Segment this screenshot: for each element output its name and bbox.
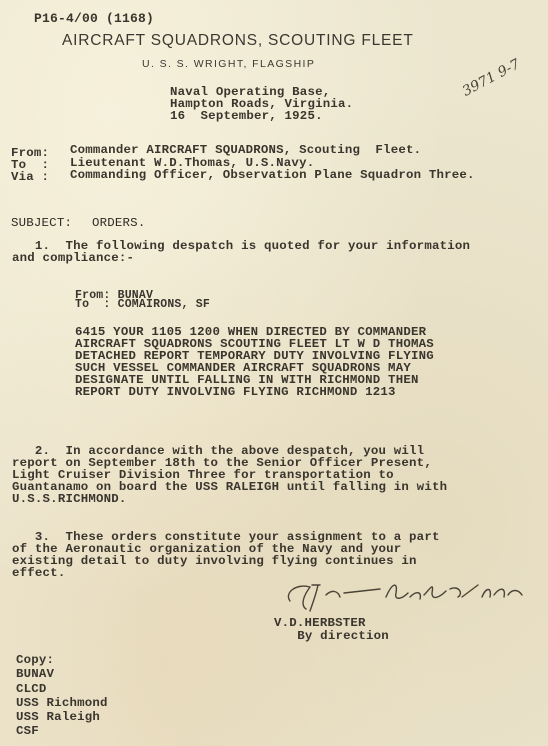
from-value: Commander AIRCRAFT SQUADRONS, Scouting F… xyxy=(70,144,421,156)
subject-value: ORDERS. xyxy=(92,217,145,229)
signatory-name: V.D.HERBSTER xyxy=(274,617,366,629)
paragraph-1-line-2: and compliance:- xyxy=(12,252,134,264)
svg-text:V.D.Herbster: V.D.Herbster xyxy=(282,575,290,576)
copy-label: Copy: xyxy=(16,654,54,666)
copy-recipient: USS Raleigh xyxy=(16,711,100,723)
by-direction: By direction xyxy=(282,630,389,642)
despatch-line: REPORT DUTY INVOLVING FLYING RICHMOND 12… xyxy=(75,386,396,398)
letterhead-flagship: U. S. S. WRIGHT, FLAGSHIP xyxy=(142,58,315,70)
via-value: Commanding Officer, Observation Plane Sq… xyxy=(70,169,475,181)
letterhead-org: AIRCRAFT SQUADRONS, SCOUTING FLEET xyxy=(62,32,414,50)
handwritten-signature: V.D.Herbster xyxy=(282,575,532,615)
copy-recipient: CLCD xyxy=(16,683,47,695)
subject-label: SUBJECT: xyxy=(11,217,72,229)
file-reference: P16-4/00 (1168) xyxy=(34,13,154,25)
despatch-to: To : COMAIRONS, SF xyxy=(75,300,210,309)
copy-recipient: USS Richmond xyxy=(16,697,108,709)
paragraph-3-line: effect. xyxy=(12,567,65,579)
copy-recipient: CSF xyxy=(16,725,39,737)
handwritten-annotation: 3971 9-7 xyxy=(460,56,523,100)
letter-date: 16 September, 1925. xyxy=(170,110,323,122)
copy-recipient: BUNAV xyxy=(16,668,54,680)
paragraph-2-line: U.S.S.RICHMOND. xyxy=(12,493,127,505)
paragraph-3-line: existing detail to duty involving flying… xyxy=(12,555,417,567)
via-label: Via : xyxy=(11,171,49,183)
